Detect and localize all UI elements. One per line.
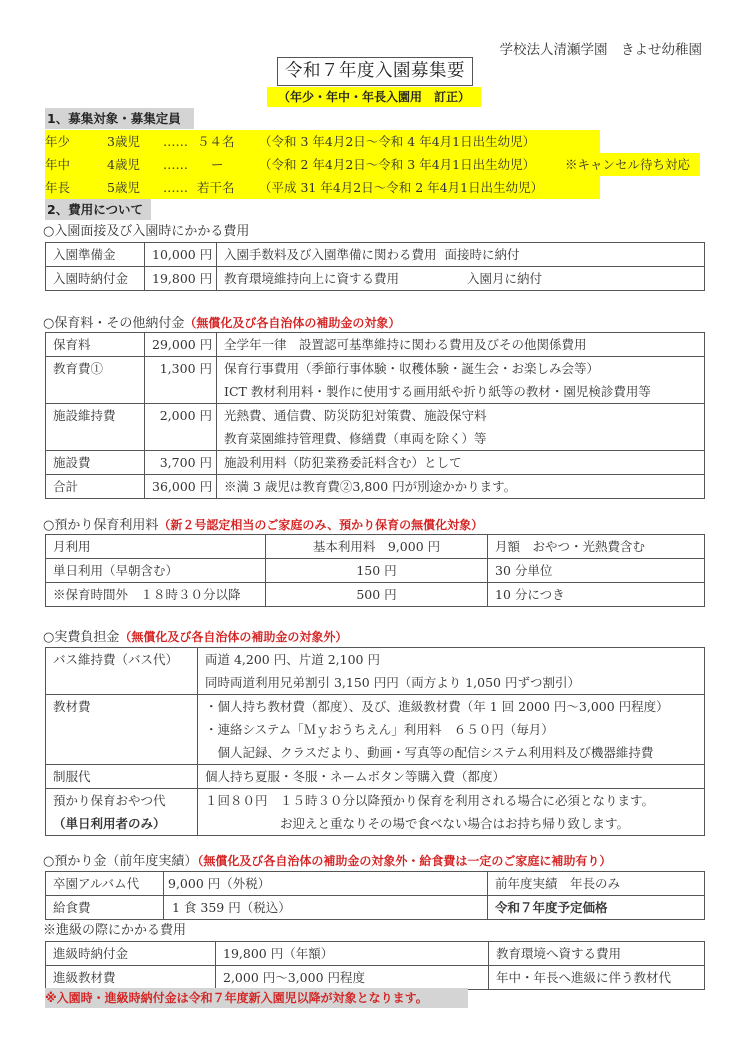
childcare-label: ○預かり保育利用料（新２号認定相当のご家庭のみ、預かり保育の無償化対象）: [43, 514, 483, 533]
item: 進級教材費: [46, 966, 216, 990]
deposits-table: 卒園アルバム代 9,000 円（外税） 前年度実績 年長のみ 給食費 1 食 3…: [45, 871, 705, 920]
dots: ……: [163, 176, 188, 199]
amount: 1,300 円: [145, 357, 217, 404]
age: 5歳児: [107, 176, 140, 199]
tuition-label: ○保育料・その他納付金（無償化及び各自治体の補助金の対象）: [43, 312, 400, 331]
promotion-label: ※進級の際にかかる費用: [43, 919, 186, 938]
usage-type: 月利用: [46, 535, 266, 559]
description: 両道 4,200 円、片道 2,100 円同時両道利用兄弟割引 3,150 円円…: [198, 648, 705, 695]
item: 給食費: [46, 896, 164, 920]
amount: 2,000 円: [145, 404, 217, 451]
admission-fees-label: ○入園面接及び入園時にかかる費用: [43, 220, 249, 239]
item: 入園準備金: [46, 243, 145, 267]
organization-name: 学校法人清瀬学園 きよせ幼稚園: [500, 38, 703, 58]
table-row: 卒園アルバム代 9,000 円（外税） 前年度実績 年長のみ: [46, 872, 705, 896]
table-row: 単日利用（早朝含む） 150 円 30 分単位: [46, 559, 705, 583]
note: 前年度実績 年長のみ: [488, 872, 705, 896]
amount: 2,000 円～3,000 円程度: [216, 966, 489, 990]
fee: 150 円: [266, 559, 488, 583]
amount: 10,000 円: [145, 243, 217, 267]
item: 卒園アルバム代: [46, 872, 164, 896]
section-heading-recruitment: 1、募集対象・募集定員: [45, 108, 194, 129]
document-title: 令和７年度入園募集要項: [277, 57, 473, 86]
capacity: 若干名: [197, 176, 235, 199]
recruitment-row: 年中 4歳児 …… ー （令和 2 年4月2日～令和 3 年4月1日出生幼児） …: [45, 153, 700, 176]
dots: ……: [163, 130, 188, 153]
table-row: 制服代 個人持ち夏服・冬服・ネームボタン等購入費（都度）: [46, 765, 705, 789]
table-row: 進級教材費 2,000 円～3,000 円程度 年中・年長へ進級に伴う教材代: [46, 966, 705, 990]
table-row: 入園準備金 10,000 円 入園手数料及び入園準備に関わる費用面接時に納付: [46, 243, 705, 267]
usage-type: ※保育時間外 １８時３０分以降: [46, 583, 266, 607]
description: ・個人持ち教材費（都度）、及び、進級教材費（年 1 回 2000 円～3,000…: [198, 695, 705, 765]
note: 10 分につき: [488, 583, 705, 607]
note: 月額 おやつ・光熱費含む: [488, 535, 705, 559]
birth-period: （令和 3 年4月2日～令和 4 年4月1日出生幼児）: [259, 130, 535, 153]
actual-costs-label: ○実費負担金（無償化及び各自治体の補助金の対象外）: [43, 626, 347, 645]
grade: 年少: [45, 130, 70, 153]
description: 教育環境維持向上に資する費用入園月に納付: [217, 267, 705, 291]
item: 入園時納付金: [46, 267, 145, 291]
table-row: 給食費 1 食 359 円（税込） 令和７年度予定価格: [46, 896, 705, 920]
table-row: 施設費 3,700 円 施設利用料（防犯業務委託料含む）として: [46, 451, 705, 475]
item: 進級時納付金: [46, 942, 216, 966]
description: ※満 3 歳児は教育費②3,800 円が別途かかります。: [217, 475, 705, 499]
amount: 36,000 円: [145, 475, 217, 499]
table-row: 教育費① 1,300 円 保育行事費用（季節行事体験・収穫体験・誕生会・お楽しみ…: [46, 357, 705, 404]
item: 教育費①: [46, 357, 145, 404]
waitlist-note: ※キャンセル待ち対応: [565, 153, 690, 176]
fee: 500 円: [266, 583, 488, 607]
table-row: 月利用 基本利用料 9,000 円 月額 おやつ・光熱費含む: [46, 535, 705, 559]
description: 入園手数料及び入園準備に関わる費用面接時に納付: [217, 243, 705, 267]
description: 施設利用料（防犯業務委託料含む）として: [217, 451, 705, 475]
tuition-table: 保育料 29,000 円 全学年一律 設置認可基準維持に関わる費用及びその他関係…: [45, 332, 705, 499]
table-row: 入園時納付金 19,800 円 教育環境維持向上に資する費用入園月に納付: [46, 267, 705, 291]
childcare-table: 月利用 基本利用料 9,000 円 月額 おやつ・光熱費含む 単日利用（早朝含む…: [45, 534, 705, 607]
table-row: ※保育時間外 １８時３０分以降 500 円 10 分につき: [46, 583, 705, 607]
birth-period: （令和 2 年4月2日～令和 3 年4月1日出生幼児）: [259, 153, 535, 176]
document-subtitle: （年少・年中・年長入園用 訂正）: [267, 87, 481, 107]
note: 30 分単位: [488, 559, 705, 583]
grade: 年中: [45, 153, 70, 176]
fee: 基本利用料 9,000 円: [266, 535, 488, 559]
actual-costs-table: バス維持費（バス代） 両道 4,200 円、片道 2,100 円同時両道利用兄弟…: [45, 647, 705, 836]
amount: 1 食 359 円（税込）: [164, 896, 488, 920]
amount: 3,700 円: [145, 451, 217, 475]
item: 教材費: [46, 695, 198, 765]
item: 制服代: [46, 765, 198, 789]
dots: ……: [163, 153, 188, 176]
description: １回８０円 １５時３０分以降預かり保育を利用される場合に必須となります。 お迎え…: [198, 789, 705, 836]
age: 4歳児: [107, 153, 140, 176]
item: 保育料: [46, 333, 145, 357]
item: 預かり保育おやつ代（単日利用者のみ）: [46, 789, 198, 836]
note: 年中・年長へ進級に伴う教材代: [489, 966, 705, 990]
capacity: ５４名: [197, 130, 235, 153]
item: バス維持費（バス代）: [46, 648, 198, 695]
usage-type: 単日利用（早朝含む）: [46, 559, 266, 583]
promotion-table: 進級時納付金 19,800 円（年額） 教育環境へ資する費用 進級教材費 2,0…: [45, 941, 705, 990]
item: 施設維持費: [46, 404, 145, 451]
table-row: バス維持費（バス代） 両道 4,200 円、片道 2,100 円同時両道利用兄弟…: [46, 648, 705, 695]
description: 個人持ち夏服・冬服・ネームボタン等購入費（都度）: [198, 765, 705, 789]
grade: 年長: [45, 176, 70, 199]
amount: 9,000 円（外税）: [164, 872, 488, 896]
item: 施設費: [46, 451, 145, 475]
table-row: 預かり保育おやつ代（単日利用者のみ） １回８０円 １５時３０分以降預かり保育を利…: [46, 789, 705, 836]
recruitment-row: 年長 5歳児 …… 若干名 （平成 31 年4月2日～令和 2 年4月1日出生幼…: [45, 176, 600, 199]
capacity: ー: [211, 153, 224, 176]
table-row-total: 合計 36,000 円 ※満 3 歳児は教育費②3,800 円が別途かかります。: [46, 475, 705, 499]
description: 保育行事費用（季節行事体験・収穫体験・誕生会・お楽しみ会等）ICT 教材利用料・…: [217, 357, 705, 404]
admission-fees-table: 入園準備金 10,000 円 入園手数料及び入園準備に関わる費用面接時に納付 入…: [45, 242, 705, 291]
table-row: 教材費 ・個人持ち教材費（都度）、及び、進級教材費（年 1 回 2000 円～3…: [46, 695, 705, 765]
amount: 19,800 円: [145, 267, 217, 291]
footnote: ※入園時・進級時納付金は令和７年度新入園児以降が対象となります。: [45, 988, 468, 1008]
table-row: 保育料 29,000 円 全学年一律 設置認可基準維持に関わる費用及びその他関係…: [46, 333, 705, 357]
amount: 29,000 円: [145, 333, 217, 357]
birth-period: （平成 31 年4月2日～令和 2 年4月1日出生幼児）: [259, 176, 543, 199]
section-heading-fees: 2、費用について: [45, 199, 151, 220]
item: 合計: [46, 475, 145, 499]
amount: 19,800 円（年額）: [216, 942, 489, 966]
table-row: 進級時納付金 19,800 円（年額） 教育環境へ資する費用: [46, 942, 705, 966]
note: 教育環境へ資する費用: [489, 942, 705, 966]
recruitment-row: 年少 3歳児 …… ５４名 （令和 3 年4月2日～令和 4 年4月1日出生幼児…: [45, 130, 600, 153]
description: 全学年一律 設置認可基準維持に関わる費用及びその他関係費用: [217, 333, 705, 357]
table-row: 施設維持費 2,000 円 光熱費、通信費、防災防犯対策費、施設保守料教育菜園維…: [46, 404, 705, 451]
deposits-label: ○預かり金（前年度実績）（無償化及び各自治体の補助金の対象外・給食費は一定のご家…: [43, 850, 611, 869]
note: 令和７年度予定価格: [488, 896, 705, 920]
description: 光熱費、通信費、防災防犯対策費、施設保守料教育菜園維持管理費、修繕費（車両を除く…: [217, 404, 705, 451]
age: 3歳児: [107, 130, 140, 153]
